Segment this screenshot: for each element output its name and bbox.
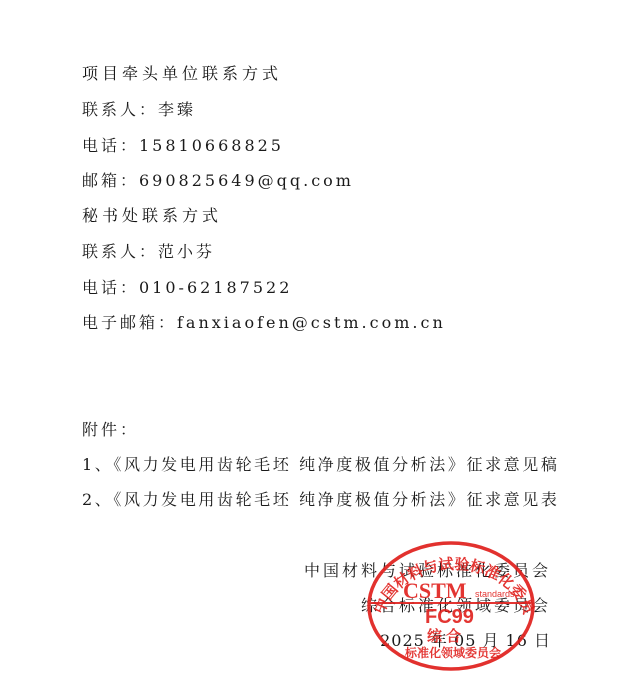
secretariat-contact: 联系人：范小芬 — [82, 242, 215, 262]
attachment-item-1: 1、《风力发电用齿轮毛坯 纯净度极值分析法》征求意见稿 — [82, 455, 559, 475]
signature-org-line1: 中国材料与试验标准化委员会 — [304, 561, 551, 581]
secretariat-heading: 秘书处联系方式 — [82, 206, 222, 226]
signature-org-line2: 综合标准化领域委员会 — [361, 596, 551, 616]
secretariat-email: 电子邮箱：fanxiaofen@cstm.com.cn — [82, 313, 446, 333]
secretariat-phone: 电话：010-62187522 — [82, 278, 292, 298]
signature-date: 2025 年 05 月 16 日 — [380, 631, 551, 651]
lead-unit-email: 邮箱：690825649@qq.com — [82, 171, 354, 191]
lead-unit-contact: 联系人：李臻 — [82, 100, 196, 120]
attachment-item-2: 2、《风力发电用齿轮毛坯 纯净度极值分析法》征求意见表 — [82, 490, 559, 510]
lead-unit-phone: 电话：15810668825 — [82, 136, 284, 156]
document-page: 项目牵头单位联系方式 联系人：李臻 电话：15810668825 邮箱：6908… — [0, 0, 634, 681]
attachments-label: 附件： — [82, 420, 139, 440]
lead-unit-heading: 项目牵头单位联系方式 — [82, 64, 282, 84]
